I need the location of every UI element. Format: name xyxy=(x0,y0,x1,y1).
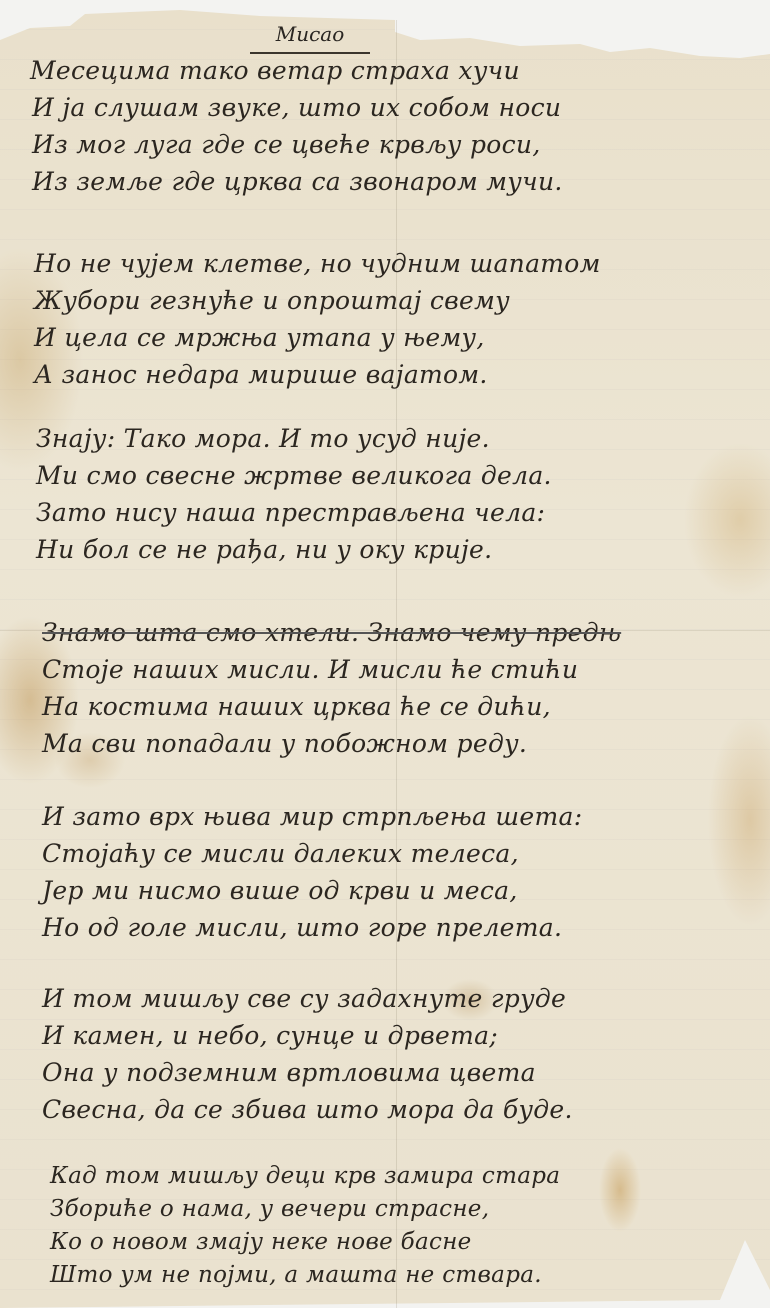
poem-line: И ја слушам звуке, што их собом носи xyxy=(0,89,770,126)
poem-line-crossed-out: Знамо шта смо хтели. Знамо чему предњ xyxy=(0,614,770,651)
poem-line: Ни бол се не рађа, ни у оку крије. xyxy=(0,531,770,568)
poem-line: Знају: Тако мора. И то усуд није. xyxy=(0,420,770,457)
poem-line: А занос недара мирише вајатом. xyxy=(0,356,770,393)
poem-line: Ко о новом змају неке нове басне xyxy=(0,1226,770,1259)
poem-line: Јер ми нисмо више од крви и меса, xyxy=(0,872,770,909)
poem-line: Но не чујем клетве, но чудним шапатом xyxy=(0,245,770,282)
poem-line: Збориће о нама, у вечери страсне, xyxy=(0,1193,770,1226)
stanza-5: И зато врх њива мир стрпљења шета: Стоја… xyxy=(0,798,770,946)
poem-line: Што ум не појми, а машта не ствара. xyxy=(0,1259,770,1292)
poem-title: Мисао xyxy=(250,22,370,54)
poem-line: На костима наших црква ће се дићи, xyxy=(0,688,770,725)
poem-line: Зато нису наша престрављена чела: xyxy=(0,494,770,531)
poem-line: Месецима тако ветар страха хучи xyxy=(0,52,770,89)
poem-line: Она у подземним вртловима цвета xyxy=(0,1054,770,1091)
poem-line: Кад том мишљу деци крв замира стара xyxy=(0,1160,770,1193)
stanza-1: Месецима тако ветар страха хучи И ја слу… xyxy=(0,52,770,200)
poem-line: Жубори гезнуће и опроштај свему xyxy=(0,282,770,319)
poem-line: Ми смо свесне жртве великога дела. xyxy=(0,457,770,494)
poem-line: И цела се мржња утапа у њему, xyxy=(0,319,770,356)
poem-line: Стојаћу се мисли далеких телеса, xyxy=(0,835,770,872)
poem-line: Ма сви попадали у побожном реду. xyxy=(0,725,770,762)
stanza-2: Но не чујем клетве, но чудним шапатом Жу… xyxy=(0,245,770,393)
poem-line: И зато врх њива мир стрпљења шета: xyxy=(0,798,770,835)
poem-line: Стоје наших мисли. И мисли ће стићи xyxy=(0,651,770,688)
stanza-4: Знамо шта смо хтели. Знамо чему предњ Ст… xyxy=(0,614,770,762)
poem-line: И камен, и небо, сунце и дрвета; xyxy=(0,1017,770,1054)
stanza-3: Знају: Тако мора. И то усуд није. Ми смо… xyxy=(0,420,770,568)
poem-line: Из земље где црква са звонаром мучи. xyxy=(0,163,770,200)
poem-line: И том мишљу све су задахнуте груде xyxy=(0,980,770,1017)
poem-line: Но од голе мисли, што горе прелета. xyxy=(0,909,770,946)
stanza-6: И том мишљу све су задахнуте груде И кам… xyxy=(0,980,770,1128)
poem-line: Свесна, да се збива што мора да буде. xyxy=(0,1091,770,1128)
stanza-7: Кад том мишљу деци крв замира стара Збор… xyxy=(0,1160,770,1292)
poem-line: Из мог луга где се цвеће крвљу роси, xyxy=(0,126,770,163)
